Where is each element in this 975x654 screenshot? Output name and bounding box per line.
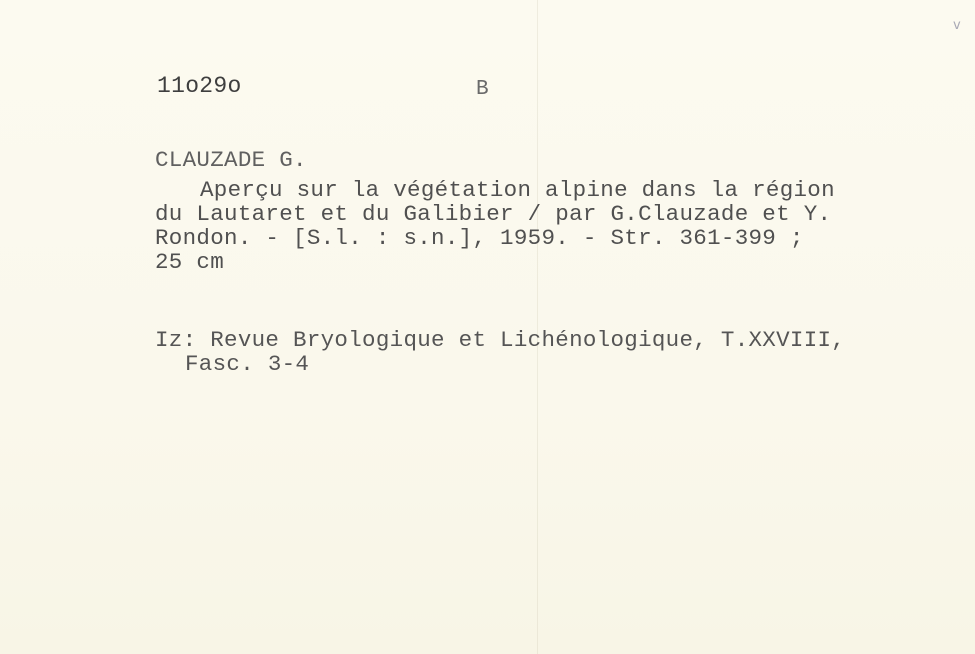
description-line: Rondon. - [S.l. : s.n.], 1959. - Str. 36… [155,226,804,250]
corner-mark: v [953,18,961,33]
call-number: 11o29o [157,74,242,98]
source-note-line: Fasc. 3-4 [185,352,309,376]
description-line: Aperçu sur la végétation alpine dans la … [200,178,835,202]
author-heading: CLAUZADE G. [155,148,307,172]
description-line: du Lautaret et du Galibier / par G.Clauz… [155,202,831,226]
source-note-line: Iz: Revue Bryologique et Lichénologique,… [155,328,845,352]
catalog-card: 11o29o B v CLAUZADE G. Aperçu sur la vég… [0,0,975,654]
description-line: 25 cm [155,250,224,274]
location-code: B [476,78,489,102]
